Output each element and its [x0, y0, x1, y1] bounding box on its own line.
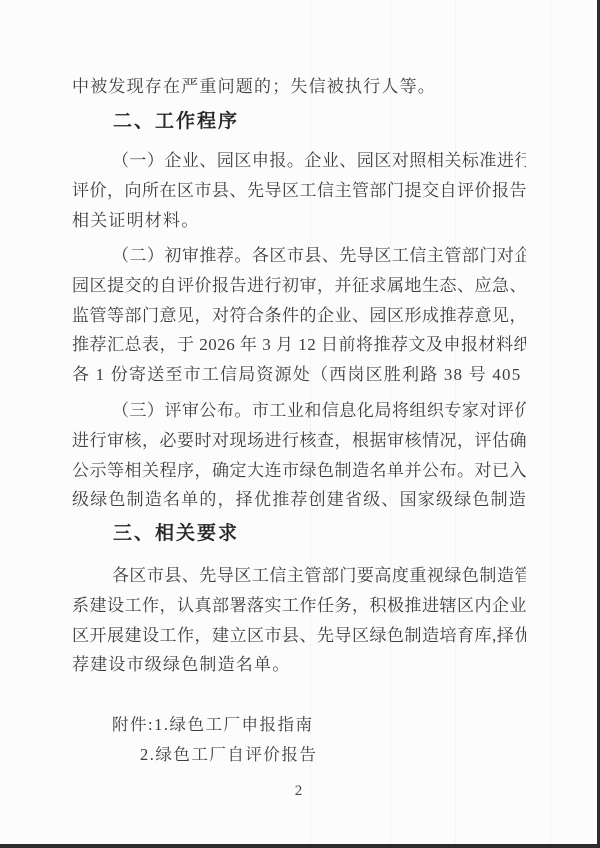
- text-line: 区开展建设工作，建立区市县、先导区绿色制造培育库,择优推: [72, 621, 526, 651]
- paragraph-declaration: （一）企业、园区申报。企业、园区对照相关标准进行 评价，向所在区市县、先导区工信…: [72, 146, 526, 235]
- text-line: 园区提交的自评价报告进行初审，并征求属地生态、应急、市场: [72, 271, 526, 301]
- text-line: （一）企业、园区申报。企业、园区对照相关标准进行: [72, 146, 526, 176]
- text-line: （三）评审公布。市工业和信息化局将组织专家对评价报告: [72, 396, 526, 426]
- heading-text: 二、工作程序: [72, 107, 526, 137]
- text-line: 评价，向所在区市县、先导区工信主管部门提交自评价报告及: [72, 176, 526, 206]
- page-number-text: 2: [72, 780, 526, 802]
- section-heading-procedure: 二、工作程序: [72, 107, 526, 137]
- text-line: 监管等部门意见，对符合条件的企业、园区形成推荐意见，填写: [72, 301, 526, 331]
- paragraph-evaluation-publication: （三）评审公布。市工业和信息化局将组织专家对评价报告 进行审核，必要时对现场进行…: [72, 396, 526, 515]
- attachment-item: 2.绿色工厂自评价报告: [72, 740, 526, 770]
- paragraph-requirements: 各区市县、先导区工信主管部门要高度重视绿色制造管理体 系建设工作，认真部署落实工…: [72, 561, 526, 680]
- attachments-list: 附件:1.绿色工厂申报指南 2.绿色工厂自评价报告: [72, 710, 526, 770]
- text-line: 推荐汇总表，于 2026 年 3 月 12 日前将推荐文及申报材料纸质版: [72, 330, 526, 360]
- paragraph-preliminary-review: （二）初审推荐。各区市县、先导区工信主管部门对企业、 园区提交的自评价报告进行初…: [72, 241, 526, 390]
- text-line: 相关证明材料。: [72, 206, 526, 236]
- attachment-item: 附件:1.绿色工厂申报指南: [72, 710, 526, 740]
- page-number: 2: [72, 780, 526, 802]
- text-line: 公示等相关程序，确定大连市绿色制造名单并公布。对已入选市: [72, 456, 526, 486]
- paragraph-continuation: 中被发现存在严重问题的；失信被执行人等。: [72, 72, 526, 102]
- text-line: 各区市县、先导区工信主管部门要高度重视绿色制造管理体: [72, 561, 526, 591]
- heading-text: 三、相关要求: [72, 519, 526, 549]
- scanned-document-page: 中被发现存在严重问题的；失信被执行人等。 二、工作程序 （一）企业、园区申报。企…: [0, 0, 600, 848]
- section-heading-requirements: 三、相关要求: [72, 519, 526, 549]
- text-line: 级绿色制造名单的，择优推荐创建省级、国家级绿色制造名单。: [72, 485, 526, 515]
- text-line: 进行审核，必要时对现场进行核查，根据审核情况，评估确认、: [72, 426, 526, 456]
- text-line: 各 1 份寄送至市工信局资源处（西岗区胜利路 38 号 405 室）。: [72, 360, 526, 390]
- text-line: 系建设工作，认真部署落实工作任务，积极推进辖区内企业和园: [72, 591, 526, 621]
- scan-artifact-band: [550, 0, 551, 848]
- text-line: 荐建设市级绿色制造名单。: [72, 650, 526, 680]
- text-line: （二）初审推荐。各区市县、先导区工信主管部门对企业、: [72, 241, 526, 271]
- scan-edge-bottom: [0, 844, 600, 848]
- text-line: 中被发现存在严重问题的；失信被执行人等。: [72, 72, 526, 102]
